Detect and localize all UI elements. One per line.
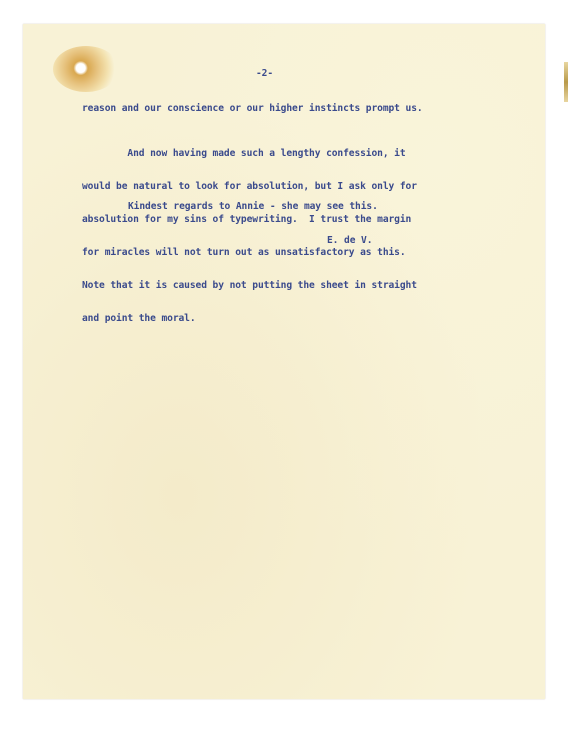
continuation-line: reason and our conscience or our higher … [82,103,423,114]
paragraph-line: absolution for my sins of typewriting. I… [82,214,417,225]
paragraph-line: would be natural to look for absolution,… [82,181,417,192]
paragraph-line: and point the moral. [82,313,417,324]
body-paragraph: And now having made such a lengthy confe… [82,126,417,335]
paragraph-line: for miracles will not turn out as unsati… [82,247,417,258]
closing-line: Kindest regards to Annie - she may see t… [128,201,378,212]
paragraph-line: Note that it is caused by not putting th… [82,280,417,291]
signature: E. de V. [327,235,372,246]
rust-stain-pinhole [53,46,119,92]
edge-stain [564,62,568,102]
page-number: -2- [256,68,273,79]
paragraph-line: And now having made such a lengthy confe… [82,148,417,159]
